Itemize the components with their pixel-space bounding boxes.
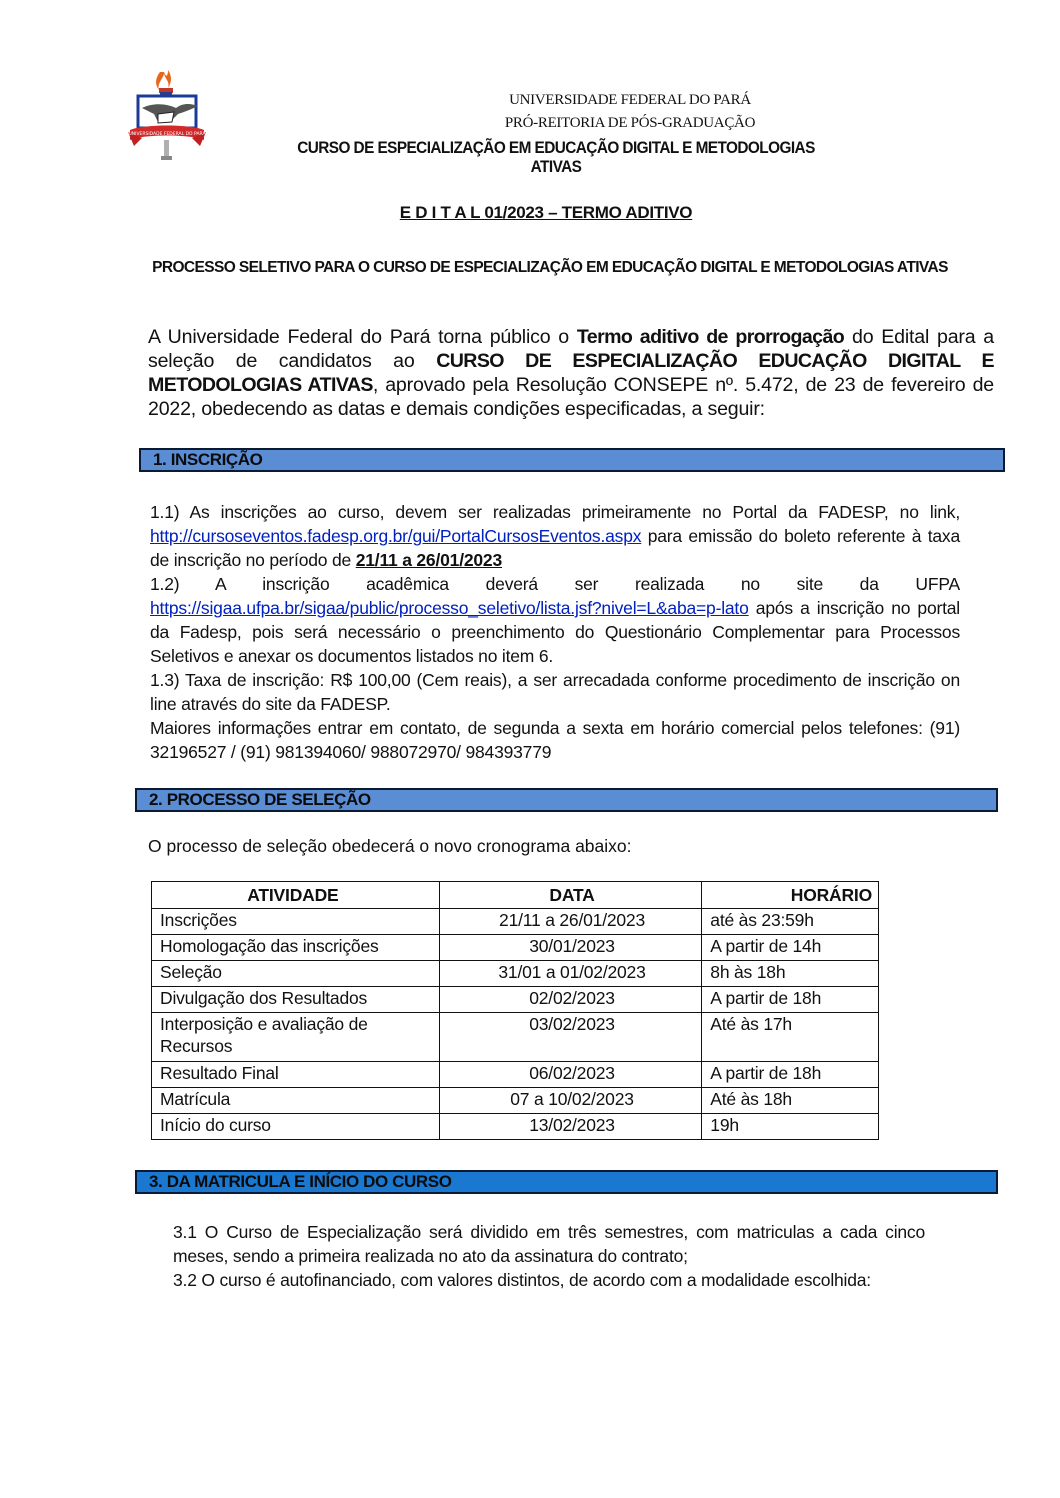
activity-cell: Divulgação dos Resultados (152, 987, 440, 1013)
section-heading-inscricao: 1. INSCRIÇÃO (139, 448, 1005, 472)
date-cell: 07 a 10/02/2023 (439, 1088, 702, 1114)
table-row: Resultado Final06/02/2023A partir de 18h (152, 1062, 879, 1088)
header-course-name: CURSO DE ESPECIALIZAÇÃO EM EDUCAÇÃO DIGI… (279, 139, 833, 177)
item-1-3: 1.3) Taxa de inscrição: R$ 100,00 (Cem r… (150, 668, 960, 716)
contact-info: Maiores informações entrar em contato, d… (150, 716, 960, 764)
table-row: Divulgação dos Resultados02/02/2023A par… (152, 987, 879, 1013)
time-cell: 19h (702, 1114, 879, 1140)
activity-cell: Início do curso (152, 1114, 440, 1140)
date-cell: 30/01/2023 (439, 935, 702, 961)
ufpa-coat-of-arms-icon: UNIVERSIDADE FEDERAL DO PARÁ (124, 68, 210, 166)
date-cell: 03/02/2023 (439, 1013, 702, 1062)
time-cell: A partir de 14h (702, 935, 879, 961)
time-cell: Até às 18h (702, 1088, 879, 1114)
schedule-intro: O processo de seleção obedecerá o novo c… (148, 836, 848, 857)
column-header-horario: HORÁRIO (702, 882, 879, 909)
date-cell: 02/02/2023 (439, 987, 702, 1013)
fadesp-portal-link[interactable]: http://cursoseventos.fadesp.org.br/gui/P… (150, 526, 641, 546)
activity-cell: Seleção (152, 961, 440, 987)
document-subtitle: PROCESSO SELETIVO PARA O CURSO DE ESPECI… (150, 257, 950, 279)
item-1-1: 1.1) As inscrições ao curso, devem ser r… (150, 500, 960, 572)
time-cell: A partir de 18h (702, 1062, 879, 1088)
item-1-2: 1.2) A inscrição acadêmica deverá ser re… (150, 572, 960, 668)
item-3-1: 3.1 O Curso de Especialização será divid… (173, 1220, 925, 1268)
activity-cell: Matrícula (152, 1088, 440, 1114)
table-row: Inscrições21/11 a 26/01/2023até às 23:59… (152, 909, 879, 935)
time-cell: 8h às 18h (702, 961, 879, 987)
intro-bold-amendment: Termo aditivo de prorrogação (577, 326, 844, 348)
activity-cell: Resultado Final (152, 1062, 440, 1088)
section-3-body: 3.1 O Curso de Especialização será divid… (173, 1220, 925, 1292)
date-cell: 21/11 a 26/01/2023 (439, 909, 702, 935)
schedule-table: ATIVIDADE DATA HORÁRIO Inscrições21/11 a… (151, 881, 879, 1140)
section-heading-processo-selecao: 2. PROCESSO DE SELEÇÃO (135, 788, 998, 812)
item-text: 1.2) A inscrição acadêmica deverá ser re… (150, 574, 960, 594)
table-header-row: ATIVIDADE DATA HORÁRIO (152, 882, 879, 909)
table-row: Seleção31/01 a 01/02/20238h às 18h (152, 961, 879, 987)
activity-cell: Homologação das inscrições (152, 935, 440, 961)
time-cell: até às 23:59h (702, 909, 879, 935)
column-header-atividade: ATIVIDADE (152, 882, 440, 909)
date-cell: 31/01 a 01/02/2023 (439, 961, 702, 987)
column-header-data: DATA (439, 882, 702, 909)
table-row: Início do curso13/02/202319h (152, 1114, 879, 1140)
header-university-name: UNIVERSIDADE FEDERAL DO PARÁ (430, 92, 830, 109)
table-row: Interposição e avaliação de Recursos03/0… (152, 1013, 879, 1062)
activity-cell: Inscrições (152, 909, 440, 935)
registration-period: 21/11 a 26/01/2023 (356, 550, 502, 570)
item-text: 1.1) As inscrições ao curso, devem ser r… (150, 502, 960, 522)
date-cell: 06/02/2023 (439, 1062, 702, 1088)
sigaa-link[interactable]: https://sigaa.ufpa.br/sigaa/public/proce… (150, 598, 749, 618)
intro-text: A Universidade Federal do Pará torna púb… (148, 326, 577, 348)
date-cell: 13/02/2023 (439, 1114, 702, 1140)
item-3-2: 3.2 O curso é autofinanciado, com valore… (173, 1268, 925, 1292)
intro-paragraph: A Universidade Federal do Pará torna púb… (148, 325, 994, 421)
table-row: Matrícula07 a 10/02/2023Até às 18h (152, 1088, 879, 1114)
document-title: E D I T A L 01/2023 – TERMO ADITIVO (360, 203, 732, 223)
section-1-body: 1.1) As inscrições ao curso, devem ser r… (150, 500, 960, 764)
header-pro-rectorate: PRÓ-REITORIA DE PÓS-GRADUAÇÃO (430, 115, 830, 132)
activity-cell: Interposição e avaliação de Recursos (152, 1013, 440, 1062)
time-cell: A partir de 18h (702, 987, 879, 1013)
svg-text:UNIVERSIDADE FEDERAL DO PARÁ: UNIVERSIDADE FEDERAL DO PARÁ (128, 130, 206, 137)
table-row: Homologação das inscrições30/01/2023A pa… (152, 935, 879, 961)
section-heading-matricula: 3. DA MATRICULA E INÍCIO DO CURSO (135, 1170, 998, 1194)
time-cell: Até às 17h (702, 1013, 879, 1062)
